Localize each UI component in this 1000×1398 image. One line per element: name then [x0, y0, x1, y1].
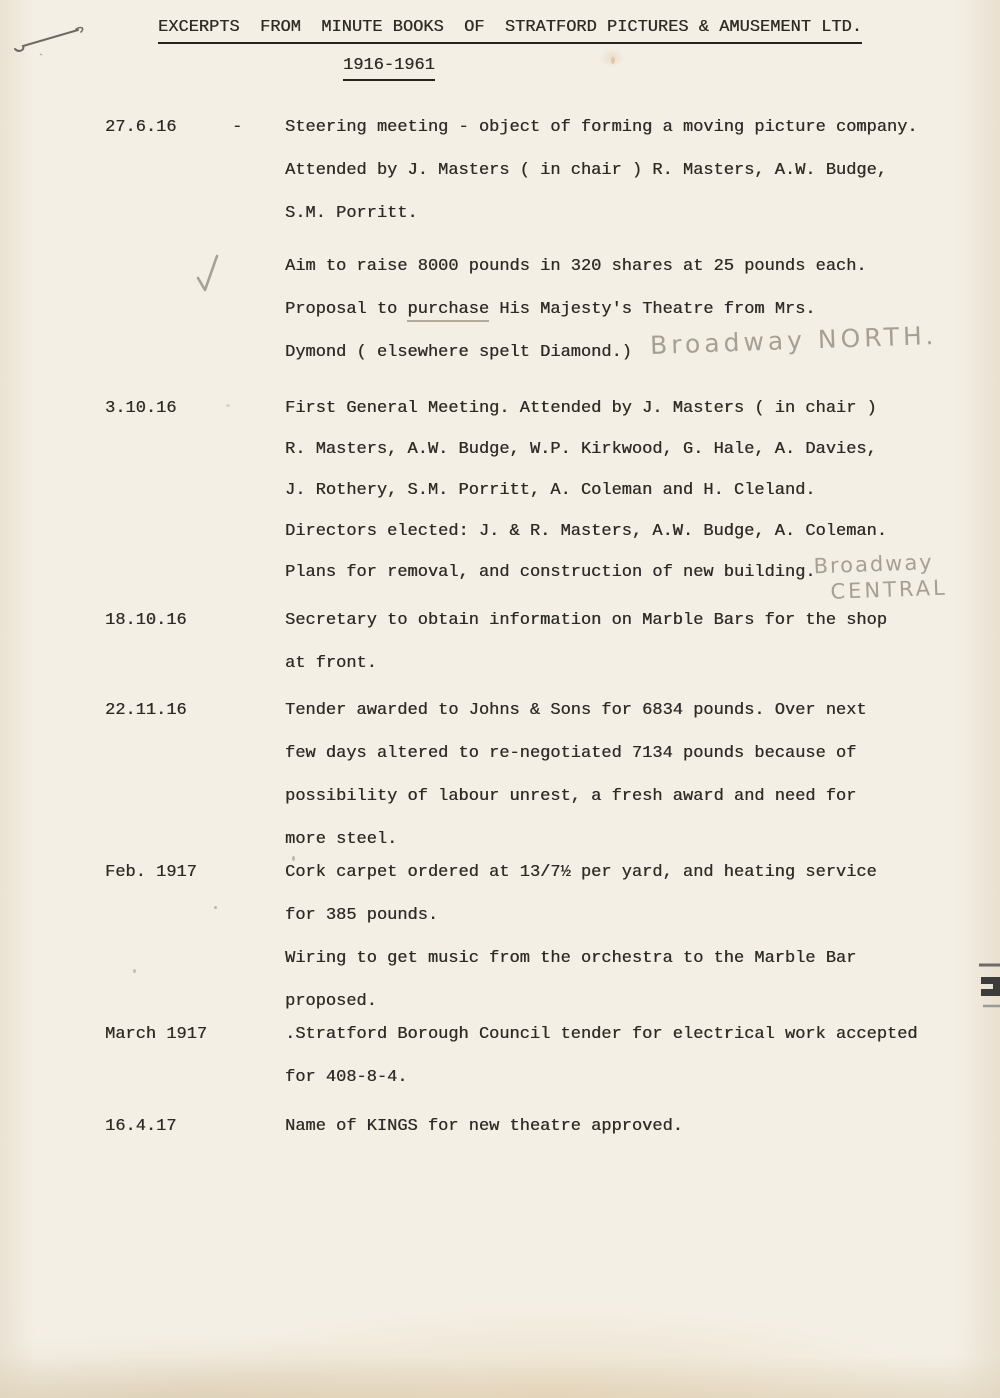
line-segment: Aim to raise 8000 pounds in 320 shares a… [285, 257, 867, 276]
entry-line: J. Rothery, S.M. Porritt, A. Coleman and… [285, 470, 887, 511]
entry-text: Steering meeting - object of forming a m… [285, 106, 918, 235]
pencil-note-broadway-central: Broadway CENTRAL [813, 549, 948, 606]
line-segment: proposed. [285, 992, 377, 1011]
line-segment: R. Masters, A.W. Budge, W.P. Kirkwood, G… [285, 440, 877, 459]
entry-date: 16.4.17 [105, 1105, 285, 1148]
paper-speck [133, 969, 136, 973]
entry-date: 18.10.16 [105, 599, 285, 642]
minute-entry: 22.11.16Tender awarded to Johns & Sons f… [105, 689, 867, 861]
entry-date: March 1917 [105, 1013, 285, 1056]
line-segment: Plans for removal, and construction of n… [285, 563, 816, 582]
entry-date: 27.6.16- [105, 106, 285, 149]
entry-line: Wiring to get music from the orchestra t… [285, 937, 877, 980]
minute-entry: March 1917.Stratford Borough Council ten… [105, 1013, 918, 1099]
entry-line: First General Meeting. Attended by J. Ma… [285, 388, 887, 429]
entry-line: R. Masters, A.W. Budge, W.P. Kirkwood, G… [285, 429, 887, 470]
line-segment: possibility of labour unrest, a fresh aw… [285, 787, 856, 806]
paper-speck [214, 906, 217, 909]
paper-speck [611, 57, 615, 64]
entry-line: .Stratford Borough Council tender for el… [285, 1013, 918, 1056]
entry-line: for 385 pounds. [285, 894, 877, 937]
entry-text: First General Meeting. Attended by J. Ma… [285, 388, 887, 593]
pen-scribble-icon [10, 22, 90, 56]
minute-entry: 18.10.16Secretary to obtain information … [105, 599, 887, 685]
line-segment: Wiring to get music from the orchestra t… [285, 949, 856, 968]
entry-dash: - [232, 106, 242, 149]
line-segment: Attended by J. Masters ( in chair ) R. M… [285, 161, 887, 180]
line-segment: Name of KINGS for new theatre approved. [285, 1117, 683, 1136]
paper-speck [292, 856, 295, 861]
entry-line: Attended by J. Masters ( in chair ) R. M… [285, 149, 918, 192]
entry-line: Secretary to obtain information on Marbl… [285, 599, 887, 642]
entry-date: 22.11.16 [105, 689, 285, 732]
entry-line: Tender awarded to Johns & Sons for 6834 … [285, 689, 867, 732]
line-segment: for 408-8-4. [285, 1068, 407, 1087]
minute-entry: 27.6.16-Steering meeting - object of for… [105, 106, 918, 235]
line-segment: Proposal to [285, 300, 407, 319]
line-segment: J. Rothery, S.M. Porritt, A. Coleman and… [285, 481, 816, 500]
line-segment: at front. [285, 654, 377, 673]
document-subtitle: 1916-1961 [343, 56, 435, 81]
line-segment: Directors elected: J. & R. Masters, A.W.… [285, 522, 887, 541]
line-segment: Dymond ( elsewhere spelt Diamond.) [285, 343, 632, 362]
entry-line: few days altered to re-negotiated 7134 p… [285, 732, 867, 775]
entry-line: for 408-8-4. [285, 1056, 918, 1099]
scanned-minute-book-page: EXCERPTS FROM MINUTE BOOKS OF STRATFORD … [0, 0, 1000, 1398]
entry-text: Tender awarded to Johns & Sons for 6834 … [285, 689, 867, 861]
entry-line: possibility of labour unrest, a fresh aw… [285, 775, 867, 818]
entry-text: Name of KINGS for new theatre approved. [285, 1105, 683, 1148]
entry-line: S.M. Porritt. [285, 192, 918, 235]
paper-speck [226, 404, 230, 407]
entry-date: 3.10.16 [105, 388, 285, 429]
entry-text: Cork carpet ordered at 13/7½ per yard, a… [285, 851, 877, 1023]
pencil-note-central-line2: CENTRAL [814, 575, 948, 606]
entry-line: Aim to raise 8000 pounds in 320 shares a… [285, 245, 867, 288]
line-segment: S.M. Porritt. [285, 204, 418, 223]
entry-line: Name of KINGS for new theatre approved. [285, 1105, 683, 1148]
edge-bracket-mark [974, 958, 1000, 1012]
document-title: EXCERPTS FROM MINUTE BOOKS OF STRATFORD … [158, 18, 862, 44]
line-segment: Cork carpet ordered at 13/7½ per yard, a… [285, 863, 877, 882]
entry-text: Secretary to obtain information on Marbl… [285, 599, 887, 685]
line-segment: First General Meeting. Attended by J. Ma… [285, 399, 877, 418]
line-segment: His Majesty's Theatre from Mrs. [489, 300, 815, 319]
line-segment: for 385 pounds. [285, 906, 438, 925]
entry-line: Steering meeting - object of forming a m… [285, 106, 918, 149]
minute-entry: 16.4.17Name of KINGS for new theatre app… [105, 1105, 683, 1148]
line-segment: few days altered to re-negotiated 7134 p… [285, 744, 856, 763]
minute-entry: Feb. 1917Cork carpet ordered at 13/7½ pe… [105, 851, 877, 1023]
line-segment: Steering meeting - object of forming a m… [285, 118, 918, 137]
line-segment: Secretary to obtain information on Marbl… [285, 611, 887, 630]
line-segment: Tender awarded to Johns & Sons for 6834 … [285, 701, 867, 720]
pencil-underlined-word: purchase [407, 300, 489, 322]
pencil-checkmark-icon [194, 252, 222, 294]
line-segment: .Stratford Borough Council tender for el… [285, 1025, 918, 1044]
entry-text: .Stratford Borough Council tender for el… [285, 1013, 918, 1099]
entry-line: at front. [285, 642, 887, 685]
entry-line: Proposal to purchase His Majesty's Theat… [285, 288, 867, 331]
entry-date: Feb. 1917 [105, 851, 285, 894]
entry-line: Plans for removal, and construction of n… [285, 552, 887, 593]
line-segment: more steel. [285, 830, 397, 849]
entry-line: Directors elected: J. & R. Masters, A.W.… [285, 511, 887, 552]
entry-line: Cork carpet ordered at 13/7½ per yard, a… [285, 851, 877, 894]
minute-entry: 3.10.16First General Meeting. Attended b… [105, 388, 887, 593]
